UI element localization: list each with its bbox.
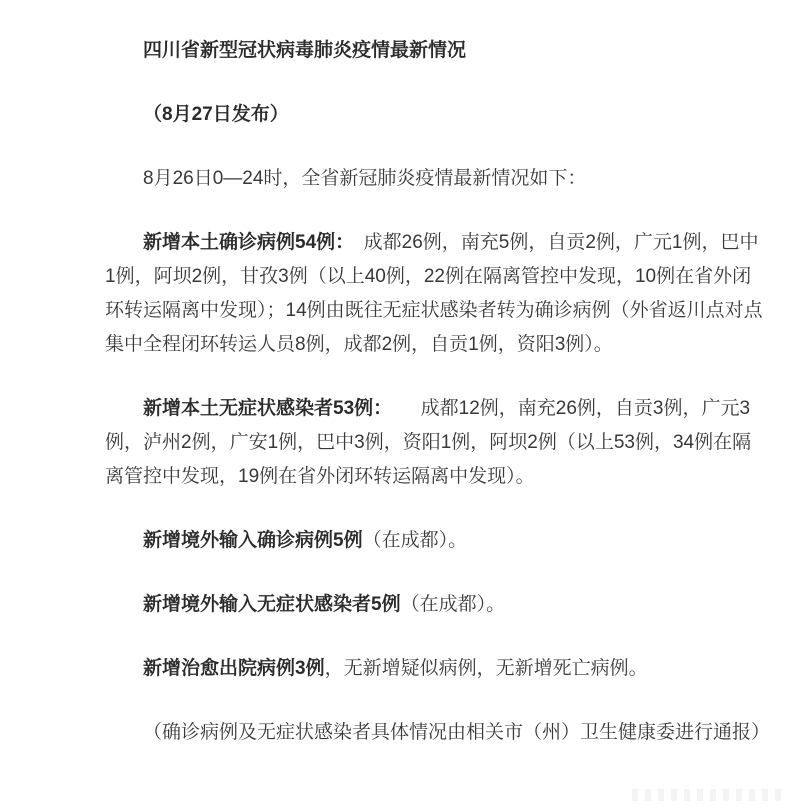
paragraph-local-confirmed: 新增本土确诊病例54例： 成都26例，南充5例，自贡2例，广元1例，巴中1例，阿… (105, 226, 765, 362)
paragraph-imported-confirmed: 新增境外输入确诊病例5例（在成都）。 (105, 524, 765, 558)
paragraph-local-confirmed-lead: 新增本土确诊病例54例： (143, 232, 345, 253)
paragraph-recovered: 新增治愈出院病例3例，无新增疑似病例，无新增死亡病例。 (105, 652, 765, 686)
article-body: 四川省新型冠状病毒肺炎疫情最新情况 （8月27日发布） 8月26日0—24时，全… (0, 0, 800, 750)
paragraph-recovered-lead: 新增治愈出院病例3例 (143, 658, 325, 679)
paragraph-local-asymptomatic: 新增本土无症状感染者53例： 成都12例，南充26例，自贡3例，广元3例，泸州2… (105, 392, 765, 494)
paragraph-imported-asymptomatic: 新增境外输入无症状感染者5例（在成都）。 (105, 588, 765, 622)
intro-line: 8月26日0—24时，全省新冠肺炎疫情最新情况如下： (105, 162, 765, 196)
watermark (632, 789, 782, 801)
paragraph-imported-asymptomatic-lead: 新增境外输入无症状感染者5例 (143, 594, 401, 615)
article-title: 四川省新型冠状病毒肺炎疫情最新情况 (105, 34, 765, 68)
paragraph-local-asymptomatic-lead: 新增本土无症状感染者53例： (143, 398, 383, 419)
paragraph-footnote-text: （确诊病例及无症状感染者具体情况由相关市（州）卫生健康委进行通报） (143, 722, 770, 743)
publish-date: （8月27日发布） (105, 98, 765, 132)
paragraph-recovered-text: ，无新增疑似病例，无新增死亡病例。 (325, 658, 648, 679)
paragraph-imported-confirmed-lead: 新增境外输入确诊病例5例 (143, 530, 363, 551)
paragraph-imported-confirmed-text: （在成都）。 (363, 530, 468, 551)
paragraph-footnote: （确诊病例及无症状感染者具体情况由相关市（州）卫生健康委进行通报） (105, 716, 765, 750)
paragraph-imported-asymptomatic-text: （在成都）。 (401, 594, 506, 615)
